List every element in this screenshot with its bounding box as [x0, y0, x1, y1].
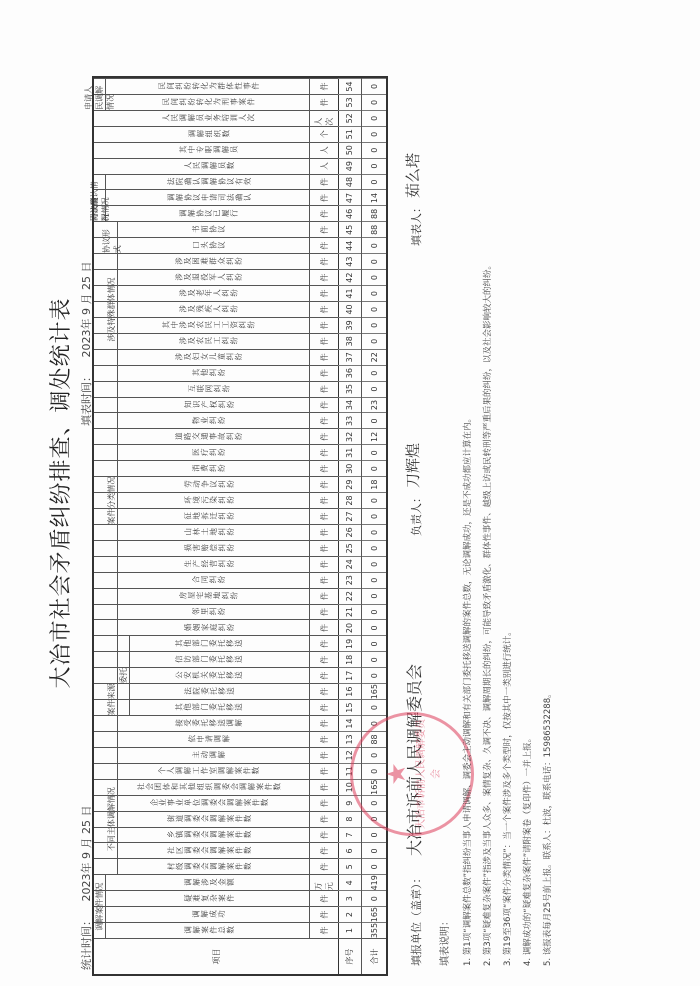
- column-unit: 件: [309, 206, 338, 221]
- column-unit: 件: [309, 238, 338, 253]
- column-header: 民间纠纷转化为群体性事件件: [94, 78, 338, 94]
- column-label: 调解涉及金额: [120, 875, 298, 890]
- column-header: 劳动争议纠纷件: [94, 476, 338, 492]
- column-unit: 件: [309, 509, 338, 524]
- serial-cell: 24: [338, 556, 361, 572]
- serial-cell: 34: [338, 397, 361, 413]
- column-header: 社会团体和其他组织调委会调解案件数件: [94, 779, 338, 795]
- column-label: 民间纠纷转化为群体性事件: [120, 79, 298, 94]
- column-label: 调解组织数: [120, 127, 298, 142]
- serial-cell: 18: [338, 651, 361, 667]
- serial-cell: 50: [338, 142, 361, 158]
- column-unit: 件: [309, 907, 338, 922]
- column-unit: 件: [309, 191, 338, 206]
- column-label: 征地拆迁纠纷: [120, 509, 298, 524]
- column-header: 主动调解件: [94, 747, 338, 763]
- column-label: 调解案件总数: [120, 923, 298, 938]
- column-header: 接受委托移送调解件: [94, 715, 338, 731]
- column-label: 口头协议: [120, 238, 298, 253]
- fill-instructions: 填表说明： 1. 第1项“调解案件总数”指纠纷当事人申请调解、调委会主动调解和有…: [436, 16, 558, 966]
- column-unit: 件: [309, 859, 338, 874]
- column-group-header: 案件来源: [106, 635, 118, 762]
- column-unit: 件: [309, 318, 338, 333]
- serial-cell: 52: [338, 110, 361, 126]
- column-header: 涉及老年人纠纷件: [94, 285, 338, 301]
- column-label: 调解协议申请司法确认: [120, 191, 298, 206]
- column-header: 人民调解员业务培训人次人次: [94, 110, 338, 126]
- column-header: 街道调委会调解案件数件: [94, 811, 338, 827]
- column-label: 街道调委会调解案件数: [120, 812, 298, 827]
- head-label: 负责人：: [408, 492, 424, 536]
- total-cell: 0: [362, 412, 386, 428]
- column-unit: 件: [309, 286, 338, 301]
- note-item: 2. 第3项“疑难复杂案件”指涉及当事人众多、案情复杂、久调不决、调解周期长的纠…: [478, 16, 498, 966]
- serial-cell: 37: [338, 349, 361, 365]
- column-unit: 件: [309, 398, 338, 413]
- filler-label: 填表人：: [408, 202, 424, 246]
- column-header: 企业事业单位调委会调解案件数件: [94, 795, 338, 811]
- column-unit: 件: [309, 764, 338, 779]
- column-label: 房屋宅基地纠纷: [120, 589, 298, 604]
- column-header: 房屋宅基地纠纷件: [94, 588, 338, 604]
- column-header: 其他部门委托移送件: [94, 699, 338, 715]
- column-unit: 件: [309, 923, 338, 938]
- column-unit: 件: [309, 493, 338, 508]
- total-cell: 0: [362, 285, 386, 301]
- column-label: 合同纠纷: [120, 573, 298, 588]
- column-header: 公安机关委托移送件: [94, 667, 338, 683]
- column-header: 医疗纠纷件: [94, 444, 338, 460]
- total-row-label: 合计: [362, 938, 386, 974]
- column-unit: 件: [309, 732, 338, 747]
- serial-cell: 51: [338, 126, 361, 142]
- column-unit: 件: [309, 684, 338, 699]
- column-label: 书面协议: [120, 222, 298, 237]
- serial-row-label: 序号: [338, 938, 361, 974]
- column-label: 依申请调解: [120, 732, 298, 747]
- total-cell: 0: [362, 142, 386, 158]
- column-unit: 件: [309, 334, 338, 349]
- column-header: 其他纠纷件: [94, 365, 338, 381]
- serial-cell: 20: [338, 620, 361, 636]
- column-header: 民间纠纷转化为刑事案件件: [94, 94, 338, 110]
- column-header: 消费纠纷件: [94, 460, 338, 476]
- column-unit: 个: [309, 127, 338, 142]
- column-label: 接受委托移送调解: [120, 716, 298, 731]
- total-cell: 0: [362, 540, 386, 556]
- column-unit: 件: [309, 589, 338, 604]
- serial-cell: 47: [338, 190, 361, 206]
- column-header: 社区调委会调解案件数件: [94, 842, 338, 858]
- document-title: 大冶市社会矛盾纠纷排查、调处统计表: [44, 0, 75, 986]
- serial-cell: 15: [338, 699, 361, 715]
- column-header: 调解组织数个: [94, 126, 338, 142]
- column-unit: 件: [309, 541, 338, 556]
- column-label: 损害赔偿纠纷: [120, 541, 298, 556]
- total-cell: 0: [362, 651, 386, 667]
- column-header: 征地拆迁纠纷件: [94, 508, 338, 524]
- serial-cell: 25: [338, 540, 361, 556]
- note-item: 3. 第19至36项“案件分类情况”：当一个案件涉及多个类型时，仅按其中一类别进…: [498, 16, 518, 966]
- column-unit: 件: [309, 668, 338, 683]
- column-group-header: 申请人民调解情况: [94, 78, 106, 110]
- total-cell: 0: [362, 126, 386, 142]
- serial-cell: 19: [338, 635, 361, 651]
- total-cell: 355: [362, 922, 386, 938]
- column-label: 劳动争议纠纷: [120, 477, 298, 492]
- column-unit: 件: [309, 843, 338, 858]
- serial-cell: 46: [338, 205, 361, 221]
- total-cell: 0: [362, 381, 386, 397]
- column-label: 人民调解员数: [120, 159, 298, 174]
- column-header: 调解案件总数件: [94, 922, 338, 938]
- serial-cell: 53: [338, 94, 361, 110]
- column-label: 知识产权纠纷: [120, 398, 298, 413]
- total-cell: 0: [362, 317, 386, 333]
- total-cell: 14: [362, 190, 386, 206]
- column-unit: 件: [309, 175, 338, 190]
- column-unit: 件: [309, 636, 338, 651]
- total-cell: 419: [362, 874, 386, 890]
- serial-row: 序号 1234567891011121314151617181920212223…: [338, 78, 362, 974]
- column-header: 环境污染纠纷件: [94, 492, 338, 508]
- column-label: 互联网纠纷: [120, 382, 298, 397]
- column-unit: 件: [309, 700, 338, 715]
- column-header: 其中涉及农民工工资纠纷件: [94, 317, 338, 333]
- column-unit: 件: [309, 79, 338, 94]
- column-header: 法院委托移送件: [94, 683, 338, 699]
- star-icon: ★: [382, 715, 412, 833]
- column-label: 环境污染纠纷: [120, 493, 298, 508]
- column-label: 村级调委会调解案件数: [120, 859, 298, 874]
- column-label: 公安机关委托移送: [120, 668, 298, 683]
- total-cell: 0: [362, 333, 386, 349]
- column-group-header: 委托: [118, 635, 130, 715]
- column-unit: 人: [309, 159, 338, 174]
- column-label: 疑难复杂案件: [120, 891, 298, 906]
- serial-cell: 8: [338, 811, 361, 827]
- column-label: 社会团体和其他组织调委会调解案件数: [120, 780, 298, 795]
- column-header: 生产经营纠纷件: [94, 556, 338, 572]
- total-cell: 18: [362, 476, 386, 492]
- serial-cell: 4: [338, 874, 361, 890]
- total-cell: 88: [362, 205, 386, 221]
- total-cell: 0: [362, 508, 386, 524]
- serial-cell: 1: [338, 922, 361, 938]
- total-cell: 0: [362, 842, 386, 858]
- column-group-header: 司法确认情况: [94, 174, 106, 222]
- serial-cell: 38: [338, 333, 361, 349]
- column-unit: 件: [309, 812, 338, 827]
- serial-cell: 48: [338, 174, 361, 190]
- notes-title: 填表说明：: [436, 16, 456, 966]
- total-cell: 0: [362, 699, 386, 715]
- total-cell: 0: [362, 237, 386, 253]
- total-cell: 0: [362, 158, 386, 174]
- column-label: 涉及妇女儿童纠纷: [120, 350, 298, 365]
- column-label: 法院委托移送: [120, 684, 298, 699]
- total-cell: 0: [362, 556, 386, 572]
- column-unit: 件: [309, 780, 338, 795]
- column-group-header: 涉及特殊群体情况: [106, 253, 118, 364]
- column-header: 调解涉及金额万元: [94, 874, 338, 890]
- serial-cell: 31: [338, 444, 361, 460]
- serial-cell: 30: [338, 460, 361, 476]
- column-label: 婚姻家庭纠纷: [120, 621, 298, 636]
- total-cell: 0: [362, 94, 386, 110]
- column-unit: 件: [309, 382, 338, 397]
- serial-cell: 40: [338, 301, 361, 317]
- total-cell: 0: [362, 667, 386, 683]
- total-cell: 0: [362, 253, 386, 269]
- item-header: 项目: [94, 938, 338, 974]
- serial-cell: 49: [338, 158, 361, 174]
- column-header: 互联网纠纷件: [94, 381, 338, 397]
- column-label: 山林土地纠纷: [120, 525, 298, 540]
- total-cell: 0: [362, 301, 386, 317]
- total-row: 合计 3551650419000001650088001650000000000…: [362, 78, 386, 974]
- column-unit: 件: [309, 222, 338, 237]
- column-header: 邻里纠纷件: [94, 604, 338, 620]
- column-header: 人民调解员数人: [94, 158, 338, 174]
- column-unit: 万元: [309, 875, 338, 890]
- head-value: 刀辉煌: [402, 443, 423, 488]
- column-unit: 件: [309, 413, 338, 428]
- column-label: 涉及残疾人纠纷: [120, 302, 298, 317]
- column-header: 知识产权纠纷件: [94, 397, 338, 413]
- column-header: 道路交通事故纠纷件: [94, 428, 338, 444]
- table-header: 项目 调解案件总数件调解成功件疑难复杂案件件调解涉及金额万元村级调委会调解案件数…: [94, 78, 339, 974]
- column-unit: 件: [309, 429, 338, 444]
- total-cell: 0: [362, 492, 386, 508]
- column-unit: 件: [309, 796, 338, 811]
- column-label: 医疗纠纷: [120, 445, 298, 460]
- total-cell: 0: [362, 572, 386, 588]
- total-cell: 23: [362, 397, 386, 413]
- serial-cell: 29: [338, 476, 361, 492]
- total-cell: 165: [362, 906, 386, 922]
- serial-cell: 21: [338, 604, 361, 620]
- column-unit: 件: [309, 302, 338, 317]
- column-header: 村级调委会调解案件数件: [94, 858, 338, 874]
- column-unit: 件: [309, 270, 338, 285]
- column-label: 调解成功: [120, 907, 298, 922]
- column-header: 口头协议件: [94, 237, 338, 253]
- column-unit: 件: [309, 350, 338, 365]
- serial-cell: 43: [338, 253, 361, 269]
- column-unit: 件: [309, 652, 338, 667]
- column-label: 个人调解工作室调解案件数: [120, 764, 298, 779]
- total-cell: 88: [362, 221, 386, 237]
- column-header: 书面协议件: [94, 221, 338, 237]
- note-item: 1. 第1项“调解案件总数”指纠纷当事人申请调解、调委会主动调解和有关部门委托移…: [458, 16, 478, 966]
- total-cell: 0: [362, 365, 386, 381]
- serial-cell: 17: [338, 667, 361, 683]
- serial-cell: 6: [338, 842, 361, 858]
- serial-cell: 33: [338, 412, 361, 428]
- total-cell: 0: [362, 588, 386, 604]
- total-cell: 0: [362, 858, 386, 874]
- serial-cell: 28: [338, 492, 361, 508]
- column-unit: 件: [309, 461, 338, 476]
- column-header: 个人调解工作室调解案件数件: [94, 763, 338, 779]
- serial-cell: 27: [338, 508, 361, 524]
- column-header: 疑难复杂案件件: [94, 890, 338, 906]
- column-label: 涉及农民工纠纷: [120, 334, 298, 349]
- total-cell: 22: [362, 349, 386, 365]
- column-header: 山林土地纠纷件: [94, 524, 338, 540]
- total-cell: 0: [362, 444, 386, 460]
- serial-cell: 26: [338, 524, 361, 540]
- column-header: 涉及农民工纠纷件: [94, 333, 338, 349]
- column-label: 涉及退役军人纠纷: [120, 270, 298, 285]
- column-header: 调解成功件: [94, 906, 338, 922]
- total-cell: 0: [362, 78, 386, 94]
- column-header: 信访部门委托移送件: [94, 651, 338, 667]
- column-label: 主动调解: [120, 748, 298, 763]
- total-cell: 12: [362, 428, 386, 444]
- serial-cell: 16: [338, 683, 361, 699]
- serial-cell: 36: [338, 365, 361, 381]
- column-header: 合同纠纷件: [94, 572, 338, 588]
- total-cell: 0: [362, 269, 386, 285]
- total-cell: 0: [362, 604, 386, 620]
- column-unit: 件: [309, 557, 338, 572]
- column-label: 人民调解员业务培训人次: [120, 111, 298, 126]
- column-group-header: 协议形式: [106, 221, 118, 253]
- column-unit: 件: [309, 477, 338, 492]
- total-cell: 0: [362, 890, 386, 906]
- column-label: 生产经营纠纷: [120, 557, 298, 572]
- column-label: 法院确认调解协议有效: [120, 175, 298, 190]
- column-label: 邻里纠纷: [120, 605, 298, 620]
- column-unit: 件: [309, 254, 338, 269]
- column-header: 其中专职调解员人: [94, 142, 338, 158]
- total-cell: 0: [362, 460, 386, 476]
- serial-cell: 23: [338, 572, 361, 588]
- total-cell: 165: [362, 683, 386, 699]
- rotated-document-page: 大冶市社会矛盾纠纷排查、调处统计表 统计时间： 2023年 9 月 25 日 填…: [0, 0, 700, 986]
- column-label: 其他部门委托移送: [120, 636, 298, 651]
- column-header: 调解协议已履行件: [94, 205, 338, 221]
- column-label: 其他纠纷: [120, 366, 298, 381]
- serial-cell: 42: [338, 269, 361, 285]
- serial-cell: 5: [338, 858, 361, 874]
- column-header: 乡镇调委会调解案件数件: [94, 827, 338, 843]
- column-group-header: 调解案件情况: [94, 874, 106, 938]
- column-unit: 件: [309, 891, 338, 906]
- column-label: 调解协议已履行: [120, 206, 298, 221]
- column-label: 消费纠纷: [120, 461, 298, 476]
- total-cell: 0: [362, 635, 386, 651]
- total-cell: 0: [362, 620, 386, 636]
- column-unit: 件: [309, 95, 338, 110]
- column-label: 物业纠纷: [120, 413, 298, 428]
- column-unit: 件: [309, 366, 338, 381]
- column-label: 民间纠纷转化为刑事案件: [120, 95, 298, 110]
- column-label: 涉及老年人纠纷: [120, 286, 298, 301]
- serial-cell: 54: [338, 78, 361, 94]
- column-label: 乡镇调委会调解案件数: [120, 828, 298, 843]
- filler-value: 茹么塔: [402, 153, 423, 198]
- column-header: 调解协议申请司法确认件: [94, 190, 338, 206]
- column-label: 其中涉及农民工工资纠纷: [120, 318, 298, 333]
- column-unit: 人次: [309, 111, 338, 126]
- statistics-table: 项目 调解案件总数件调解成功件疑难复杂案件件调解涉及金额万元村级调委会调解案件数…: [92, 76, 388, 976]
- column-group-header: 不同主体调解情况: [106, 763, 118, 874]
- serial-cell: 7: [338, 827, 361, 843]
- column-header: 涉及残疾人纠纷件: [94, 301, 338, 317]
- serial-cell: 22: [338, 588, 361, 604]
- column-unit: 件: [309, 828, 338, 843]
- column-header: 涉及困难群众纠纷件: [94, 253, 338, 269]
- column-unit: 件: [309, 716, 338, 731]
- serial-cell: 39: [338, 317, 361, 333]
- column-header: 涉及妇女儿童纠纷件: [94, 349, 338, 365]
- serial-cell: 32: [338, 428, 361, 444]
- column-header: 涉及退役军人纠纷件: [94, 269, 338, 285]
- note-item: 5. 该报表每月25号前上报。联系人：杜波，联系电话：15986532288。: [538, 16, 558, 966]
- column-header: 法院确认调解协议有效件: [94, 174, 338, 190]
- column-label: 信访部门委托移送: [120, 652, 298, 667]
- serial-cell: 45: [338, 221, 361, 237]
- serial-cell: 44: [338, 237, 361, 253]
- column-header: 其他部门委托移送件: [94, 635, 338, 651]
- total-cell: 0: [362, 110, 386, 126]
- serial-cell: 41: [338, 285, 361, 301]
- column-label: 企业事业单位调委会调解案件数: [120, 796, 298, 811]
- column-header: 物业纠纷件: [94, 412, 338, 428]
- serial-cell: 3: [338, 890, 361, 906]
- column-unit: 件: [309, 445, 338, 460]
- column-unit: 件: [309, 748, 338, 763]
- column-unit: 件: [309, 525, 338, 540]
- serial-cell: 2: [338, 906, 361, 922]
- column-unit: 件: [309, 621, 338, 636]
- column-header: 损害赔偿纠纷件: [94, 540, 338, 556]
- column-unit: 件: [309, 573, 338, 588]
- total-cell: 0: [362, 524, 386, 540]
- serial-cell: 35: [338, 381, 361, 397]
- column-unit: 人: [309, 143, 338, 158]
- column-label: 道路交通事故纠纷: [120, 429, 298, 444]
- column-label: 其他部门委托移送: [120, 700, 298, 715]
- column-group-header: 案件分类情况: [106, 365, 118, 636]
- note-item: 4. 调解成功的“疑难复杂案件”请附案卷（复印件）一并上报。: [518, 16, 538, 966]
- reporting-unit-label: 填报单位（盖章）：: [408, 873, 424, 967]
- column-label: 涉及困难群众纠纷: [120, 254, 298, 269]
- column-unit: 件: [309, 605, 338, 620]
- serial-cell: 14: [338, 715, 361, 731]
- column-header: 依申请调解件: [94, 731, 338, 747]
- column-header: 婚姻家庭纠纷件: [94, 620, 338, 636]
- column-label: 其中专职调解员: [120, 143, 298, 158]
- column-label: 社区调委会调解案件数: [120, 843, 298, 858]
- total-cell: 0: [362, 174, 386, 190]
